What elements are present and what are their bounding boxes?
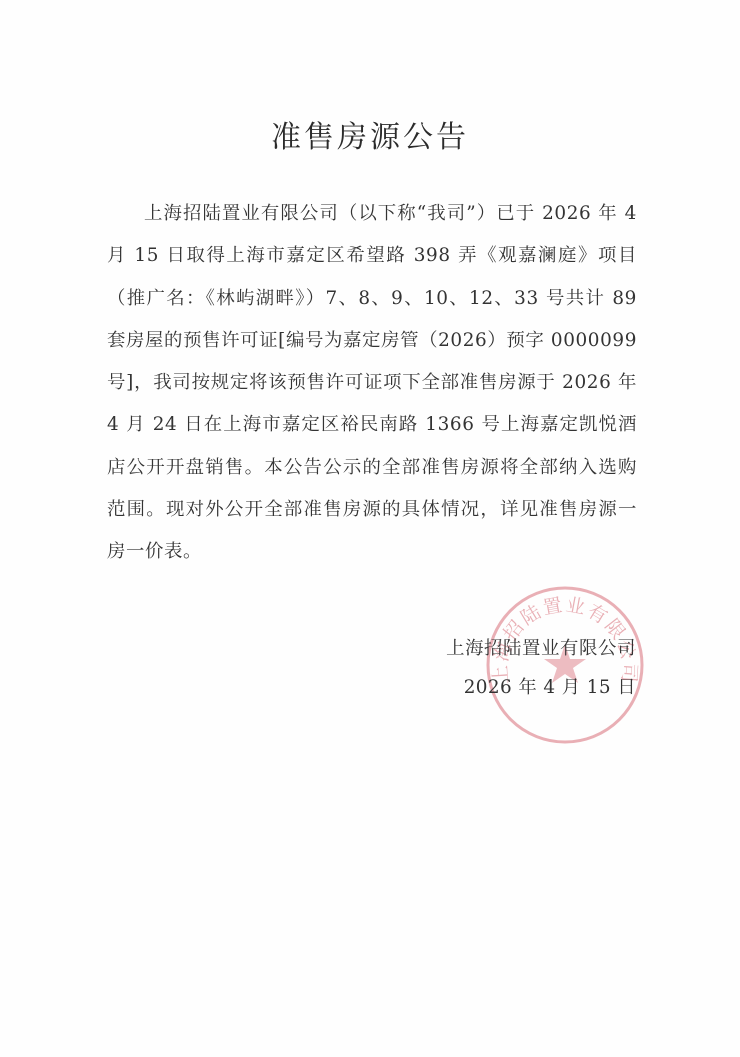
announcement-body: 上海招陆置业有限公司（以下称“我司”）已于 2026 年 4 月 15 日取得上…: [107, 193, 637, 574]
signature-date: 2026 年 4 月 15 日: [464, 673, 636, 699]
document-page: 准售房源公告 上海招陆置业有限公司（以下称“我司”）已于 2026 年 4 月 …: [0, 0, 740, 1057]
document-title: 准售房源公告: [0, 112, 740, 156]
company-seal-stamp-icon: 上海招陆置业有限公司: [484, 584, 646, 746]
signature-company: 上海招陆置业有限公司: [446, 634, 636, 660]
